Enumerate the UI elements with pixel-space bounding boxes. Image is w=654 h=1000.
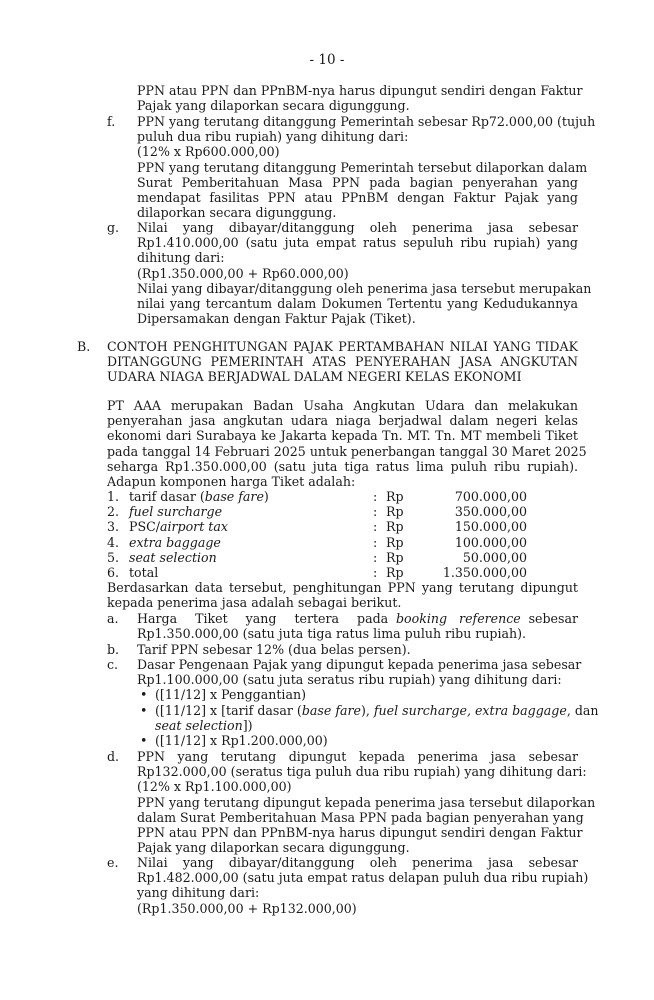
component-row: 6.total:Rp1.350.000,00	[107, 565, 527, 580]
list-label: a.	[107, 611, 119, 626]
list-label: g.	[107, 220, 119, 235]
text-line: Nilai yang dibayar/ditanggung oleh pener…	[137, 220, 578, 235]
text-line: PPN atau PPN dan PPnBM-nya harus dipungu…	[137, 825, 578, 840]
text-fragment: Harga Tiket yang tertera pada	[137, 611, 388, 626]
text-line: ([11/12] x Penggantian)	[155, 687, 578, 702]
currency: Rp	[386, 565, 404, 580]
amount: 50.000,00	[463, 550, 527, 565]
bullet-item: • ([11/12] x Rp1.200.000,00)	[137, 733, 578, 748]
bullet-icon: •	[140, 733, 147, 748]
text-line: PPN yang terutang ditanggung Pemerintah …	[137, 160, 578, 175]
text-line: (12% x Rp1.100.000,00)	[137, 779, 578, 794]
component-name: total	[129, 565, 158, 580]
text-line: (12% x Rp600.000,00)	[137, 144, 578, 159]
component-name: extra baggage	[129, 535, 221, 550]
text-line: dihitung dari:	[137, 250, 578, 265]
currency: Rp	[386, 489, 404, 504]
document-page: - 10 - PPN atau PPN dan PPnBM-nya harus …	[0, 0, 654, 1000]
bullet-icon: •	[140, 703, 147, 718]
text-line: PPN atau PPN dan PPnBM-nya harus dipungu…	[137, 83, 578, 98]
separator: :	[373, 535, 377, 550]
amount: 150.000,00	[455, 519, 527, 534]
separator: :	[373, 565, 377, 580]
continuation-paragraph: PPN atau PPN dan PPnBM-nya harus dipungu…	[137, 83, 578, 113]
italic-term: base fare	[302, 703, 361, 718]
currency: Rp	[386, 504, 404, 519]
row-number: 6.	[107, 565, 119, 580]
summary-paragraph: Berdasarkan data tersebut, penghitungan …	[107, 580, 578, 610]
component-name: seat selection	[129, 550, 217, 565]
ticket-components-table: 1.tarif dasar (base fare):Rp700.000,002.…	[107, 489, 527, 580]
text-line: Rp1.410.000,00 (satu juta empat ratus se…	[137, 235, 578, 250]
text-line: Tarif PPN sebesar 12% (dua belas persen)…	[137, 642, 578, 657]
amount: 350.000,00	[455, 504, 527, 519]
list-label: c.	[107, 657, 118, 672]
text-line: (Rp1.350.000,00 + Rp60.000,00)	[137, 266, 578, 281]
text-line: yang dihitung dari:	[137, 885, 578, 900]
bullet-item: • ([11/12] x [tarif dasar (base fare), f…	[137, 703, 578, 733]
amount: 100.000,00	[455, 535, 527, 550]
text-line: PT AAA merupakan Badan Usaha Angkutan Ud…	[107, 398, 578, 413]
text-line: dalam Surat Pemberitahuan Masa PPN pada …	[137, 810, 578, 825]
text-line: mendapat fasilitas PPN atau PPnBM dengan…	[137, 190, 578, 205]
text-line: Pajak yang dilaporkan secara digunggung.	[137, 98, 578, 113]
italic-term: booking reference	[396, 611, 521, 626]
text-line: Adapun komponen harga Tiket adalah:	[107, 474, 578, 489]
text-fragment: , dan	[567, 703, 599, 718]
text-line: Nilai yang dibayar/ditanggung oleh pener…	[137, 855, 578, 870]
amount: 1.350.000,00	[443, 565, 527, 580]
bullet-icon: •	[140, 687, 147, 702]
text-line: ekonomi dari Surabaya ke Jakarta kepada …	[107, 428, 578, 443]
text-line: kepada penerima jasa adalah sebagai beri…	[107, 595, 578, 610]
italic-term: fuel surcharge, extra baggage	[374, 703, 567, 718]
heading-line: CONTOH PENGHITUNGAN PAJAK PERTAMBAHAN NI…	[107, 339, 578, 354]
currency: Rp	[386, 535, 404, 550]
list-label: f.	[107, 114, 115, 129]
separator: :	[373, 504, 377, 519]
text-line: Rp1.482.000,00 (satu juta empat ratus de…	[137, 870, 578, 885]
component-name: tarif dasar (base fare)	[129, 489, 269, 504]
text-line: Pajak yang dilaporkan secara digunggung.	[137, 840, 578, 855]
intro-paragraph: PT AAA merupakan Badan Usaha Angkutan Ud…	[107, 398, 578, 489]
heading-line: UDARA NIAGA BERJADWAL DALAM NEGERI KELAS…	[107, 369, 578, 384]
text-line: PPN yang terutang dipungut kepada peneri…	[137, 749, 578, 764]
list-label: e.	[107, 855, 118, 870]
text-line: dilaporkan secara digunggung.	[137, 205, 578, 220]
italic-term: seat selection	[155, 718, 243, 733]
component-name: fuel surcharge	[129, 504, 222, 519]
text-line: Dasar Pengenaan Pajak yang dipungut kepa…	[137, 657, 578, 672]
text-fragment: ),	[361, 703, 374, 718]
component-row: 4.extra baggage:Rp100.000,00	[107, 535, 527, 550]
section-label: B.	[77, 339, 90, 354]
page-number: - 10 -	[0, 52, 654, 68]
text-line: Rp132.000,00 (seratus tiga puluh dua rib…	[137, 764, 578, 779]
text-line: Rp1.350.000,00 (satu juta tiga ratus lim…	[137, 626, 578, 641]
text-line: Nilai yang dibayar/ditanggung oleh pener…	[137, 281, 578, 296]
list-label: b.	[107, 642, 119, 657]
text-line: PPN yang terutang dipungut kepada peneri…	[137, 795, 578, 810]
text-fragment: sebesar	[529, 611, 578, 626]
currency: Rp	[386, 550, 404, 565]
text-fragment: ([11/12] x [tarif dasar (	[155, 703, 302, 718]
row-number: 3.	[107, 519, 119, 534]
row-number: 5.	[107, 550, 119, 565]
component-name: PSC/airport tax	[129, 519, 228, 534]
text-line: (Rp1.350.000,00 + Rp132.000,00)	[137, 901, 578, 916]
component-row: 2.fuel surcharge:Rp350.000,00	[107, 504, 527, 519]
currency: Rp	[386, 519, 404, 534]
separator: :	[373, 519, 377, 534]
row-number: 2.	[107, 504, 119, 519]
text-line: Rp1.100.000,00 (satu juta seratus ribu r…	[137, 672, 578, 687]
separator: :	[373, 489, 377, 504]
text-fragment: ])	[243, 718, 253, 733]
amount: 700.000,00	[455, 489, 527, 504]
text-line: Surat Pemberitahuan Masa PPN pada bagian…	[137, 175, 578, 190]
component-row: 5.seat selection:Rp50.000,00	[107, 550, 527, 565]
text-line: Dipersamakan dengan Faktur Pajak (Tiket)…	[137, 311, 578, 326]
component-row: 3.PSC/airport tax:Rp150.000,00	[107, 519, 527, 534]
text-line: penyerahan jasa angkutan udara niaga ber…	[107, 413, 578, 428]
text-line: PPN yang terutang ditanggung Pemerintah …	[137, 114, 578, 129]
component-row: 1.tarif dasar (base fare):Rp700.000,00	[107, 489, 527, 504]
heading-line: DITANGGUNG PEMERINTAH ATAS PENYERAHAN JA…	[107, 354, 578, 369]
text-line: ([11/12] x Rp1.200.000,00)	[155, 733, 578, 748]
bullet-item: • ([11/12] x Penggantian)	[137, 687, 578, 702]
text-line: puluh dua ribu rupiah) yang dihitung dar…	[137, 129, 578, 144]
row-number: 1.	[107, 489, 119, 504]
text-line: pada tanggal 14 Februari 2025 untuk pene…	[107, 444, 578, 459]
text-line: seharga Rp1.350.000,00 (satu juta tiga r…	[107, 459, 578, 474]
text-line: nilai yang tercantum dalam Dokumen Terte…	[137, 296, 578, 311]
text-line: Berdasarkan data tersebut, penghitungan …	[107, 580, 578, 595]
list-label: d.	[107, 749, 119, 764]
row-number: 4.	[107, 535, 119, 550]
separator: :	[373, 550, 377, 565]
